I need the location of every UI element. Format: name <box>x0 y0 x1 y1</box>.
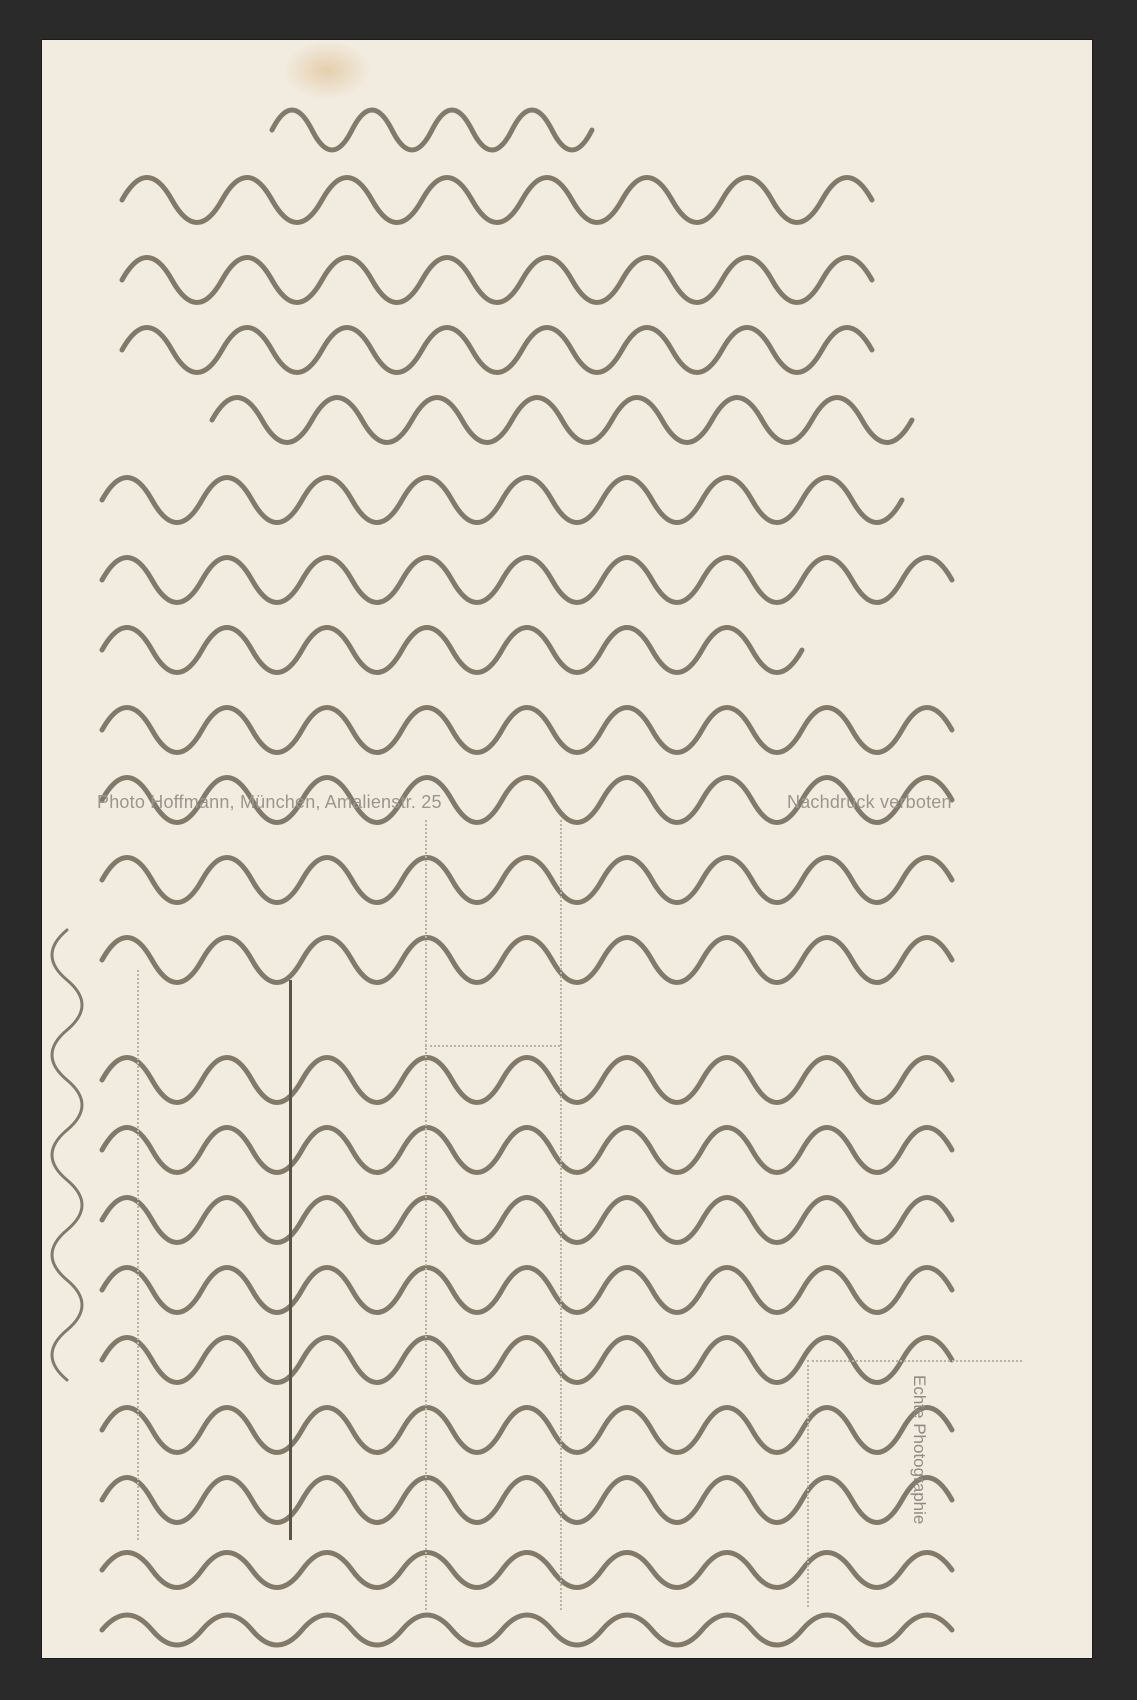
address-dotted-line <box>425 820 427 1610</box>
address-dotted-line <box>425 1045 560 1047</box>
postcard: Photo Hoffmann, München, Amalienstr. 25 … <box>42 40 1092 1658</box>
publisher-credit: Photo Hoffmann, München, Amalienstr. 25 <box>97 792 442 813</box>
address-dotted-line <box>137 970 139 1540</box>
reproduction-notice: Nachdruck verboten <box>787 792 952 813</box>
stamp-box-label: Echte Photographie <box>908 1375 930 1524</box>
center-divider-line <box>289 980 292 1540</box>
address-dotted-line <box>560 820 562 1610</box>
